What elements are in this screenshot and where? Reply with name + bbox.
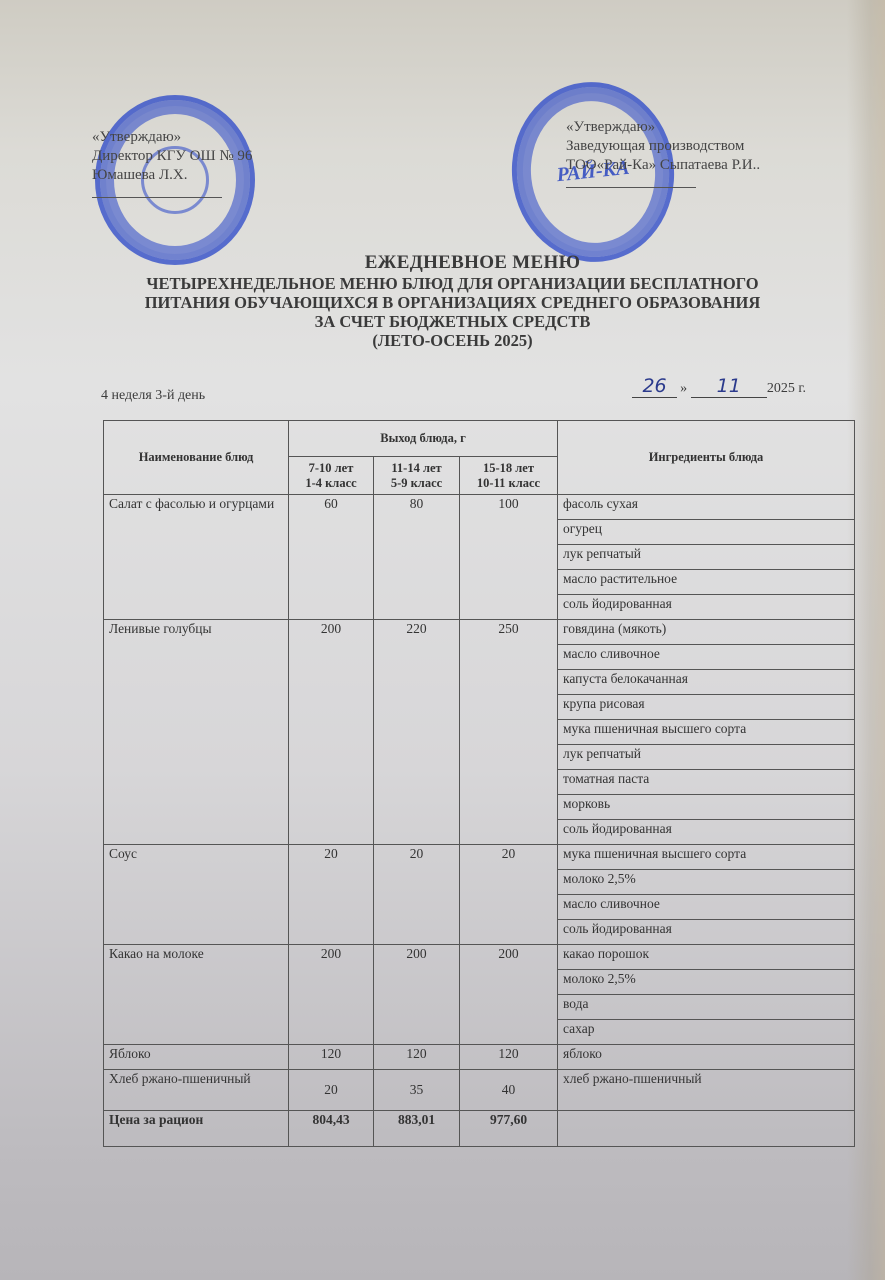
output-age-group-2: 80 — [374, 495, 460, 620]
date-separator: » — [680, 381, 687, 396]
ingredient: огурец — [558, 520, 855, 545]
output-age-group-3: 20 — [460, 845, 558, 945]
ingredient: томатная паста — [558, 770, 855, 795]
header-dish-name: Наименование блюд — [104, 421, 289, 495]
dish-name: Соус — [104, 845, 289, 945]
week-day-label: 4 неделя 3-й день — [101, 388, 205, 404]
table-row: Хлеб ржано-пшеничный203540хлеб ржано-пше… — [104, 1070, 855, 1111]
approval-block-right: «Утверждаю» Заведующая производством ТОО… — [566, 118, 760, 194]
approval-label: «Утверждаю» — [92, 128, 252, 147]
price-label: Цена за рацион — [104, 1111, 289, 1147]
ingredient: хлеб ржано-пшеничный — [558, 1070, 855, 1111]
ingredient: масло растительное — [558, 570, 855, 595]
signature-line — [566, 177, 696, 188]
header-age-group-1: 7-10 лет1-4 класс — [289, 457, 374, 495]
price-empty — [558, 1111, 855, 1147]
output-age-group-1: 120 — [289, 1045, 374, 1070]
ingredient: молоко 2,5% — [558, 870, 855, 895]
approver-position: Заведующая производством — [566, 137, 760, 156]
output-age-group-2: 120 — [374, 1045, 460, 1070]
table-row: Какао на молоке200200200какао порошок — [104, 945, 855, 970]
subtitle-line-3: ЗА СЧЕТ БЮДЖЕТНЫХ СРЕДСТВ — [60, 312, 845, 331]
ingredient: масло сливочное — [558, 645, 855, 670]
output-age-group-1: 20 — [289, 845, 374, 945]
price-row: Цена за рацион804,43883,01977,60 — [104, 1111, 855, 1147]
menu-table-body: Салат с фасолью и огурцами6080100фасоль … — [104, 495, 855, 1147]
document-title: ЕЖЕДНЕВНОЕ МЕНЮ — [100, 252, 845, 274]
menu-table: Наименование блюд Выход блюда, г Ингреди… — [103, 420, 855, 1147]
output-age-group-2: 20 — [374, 845, 460, 945]
date-year: 2025 г. — [767, 381, 806, 396]
ingredient: соль йодированная — [558, 820, 855, 845]
output-age-group-2: 35 — [374, 1070, 460, 1111]
output-age-group-3: 120 — [460, 1045, 558, 1070]
signature-line — [92, 187, 222, 198]
dish-name: Какао на молоке — [104, 945, 289, 1045]
ingredient: соль йодированная — [558, 595, 855, 620]
ingredient: говядина (мякоть) — [558, 620, 855, 645]
header-age-group-2: 11-14 лет5-9 класс — [374, 457, 460, 495]
output-age-group-1: 200 — [289, 945, 374, 1045]
subtitle-line-1: ЧЕТЫРЕХНЕДЕЛЬНОЕ МЕНЮ БЛЮД ДЛЯ ОРГАНИЗАЦ… — [60, 274, 845, 293]
ingredient: яблоко — [558, 1045, 855, 1070]
ingredient: вода — [558, 995, 855, 1020]
ingredient: мука пшеничная высшего сорта — [558, 720, 855, 745]
dish-name: Яблоко — [104, 1045, 289, 1070]
header-age-group-3: 15-18 лет10-11 класс — [460, 457, 558, 495]
ingredient: масло сливочное — [558, 895, 855, 920]
ingredient: какао порошок — [558, 945, 855, 970]
table-row: Салат с фасолью и огурцами6080100фасоль … — [104, 495, 855, 520]
date-day: 26 — [632, 375, 676, 398]
ingredient: соль йодированная — [558, 920, 855, 945]
output-age-group-3: 40 — [460, 1070, 558, 1111]
date-month: 11 — [691, 375, 767, 398]
output-age-group-3: 200 — [460, 945, 558, 1045]
dish-name: Хлеб ржано-пшеничный — [104, 1070, 289, 1111]
approval-label: «Утверждаю» — [566, 118, 760, 137]
header-ingredients: Ингредиенты блюда — [558, 421, 855, 495]
table-row: Ленивые голубцы200220250говядина (мякоть… — [104, 620, 855, 645]
output-age-group-1: 200 — [289, 620, 374, 845]
ingredient: сахар — [558, 1020, 855, 1045]
ingredient: фасоль сухая — [558, 495, 855, 520]
ingredient: капуста белокачанная — [558, 670, 855, 695]
document-heading: ЕЖЕДНЕВНОЕ МЕНЮ ЧЕТЫРЕХНЕДЕЛЬНОЕ МЕНЮ БЛ… — [60, 252, 845, 350]
ingredient: лук репчатый — [558, 545, 855, 570]
approver-name: Юмашева Л.Х. — [92, 166, 252, 185]
header-output: Выход блюда, г — [289, 421, 558, 457]
approver-name: ТОО«Рай-Ка» Сыпатаева Р.И.. — [566, 156, 760, 175]
ingredient: лук репчатый — [558, 745, 855, 770]
output-age-group-1: 20 — [289, 1070, 374, 1111]
ingredient: мука пшеничная высшего сорта — [558, 845, 855, 870]
ingredient: крупа рисовая — [558, 695, 855, 720]
ingredient: морковь — [558, 795, 855, 820]
ingredient: молоко 2,5% — [558, 970, 855, 995]
dish-name: Салат с фасолью и огурцами — [104, 495, 289, 620]
dish-name: Ленивые голубцы — [104, 620, 289, 845]
price-age-group-2: 883,01 — [374, 1111, 460, 1147]
subtitle-line-4: (ЛЕТО-ОСЕНЬ 2025) — [60, 331, 845, 350]
output-age-group-2: 200 — [374, 945, 460, 1045]
output-age-group-2: 220 — [374, 620, 460, 845]
price-age-group-1: 804,43 — [289, 1111, 374, 1147]
output-age-group-3: 250 — [460, 620, 558, 845]
table-row: Яблоко120120120яблоко — [104, 1045, 855, 1070]
output-age-group-1: 60 — [289, 495, 374, 620]
subtitle-line-2: ПИТАНИЯ ОБУЧАЮЩИХСЯ В ОРГАНИЗАЦИЯХ СРЕДН… — [60, 293, 845, 312]
approver-position: Директор КГУ ОШ № 96 — [92, 147, 252, 166]
price-age-group-3: 977,60 — [460, 1111, 558, 1147]
output-age-group-3: 100 — [460, 495, 558, 620]
approval-block-left: «Утверждаю» Директор КГУ ОШ № 96 Юмашева… — [92, 128, 252, 204]
table-row: Соус202020мука пшеничная высшего сорта — [104, 845, 855, 870]
date-field: 26 » 112025 г. — [632, 375, 806, 398]
